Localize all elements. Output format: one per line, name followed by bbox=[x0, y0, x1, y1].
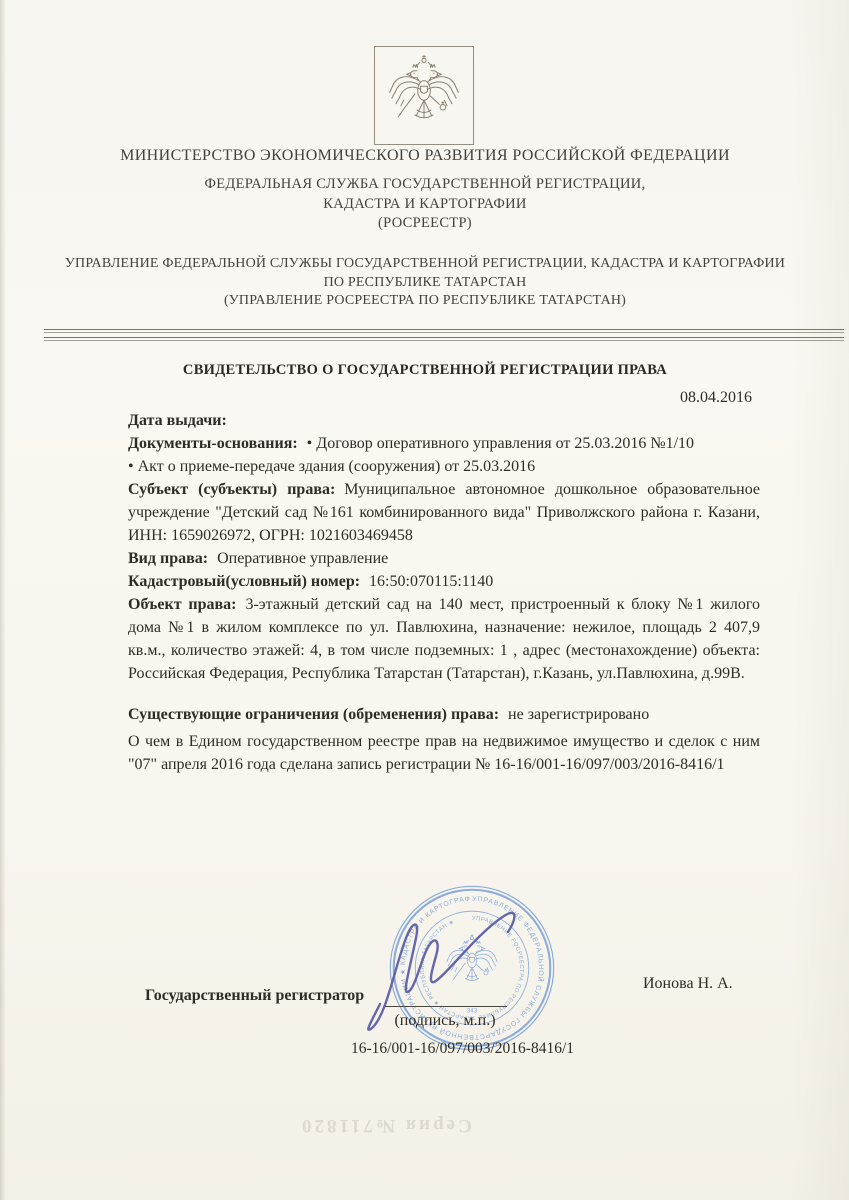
cadastral-field: Кадастровый(условный) номер:16:50:070115… bbox=[128, 570, 760, 593]
signature-line bbox=[385, 1006, 507, 1007]
service-name-line3: (РОСРЕЕСТР) bbox=[20, 215, 830, 232]
issue-date-label: Дата выдачи: bbox=[128, 412, 227, 429]
issue-date: 08.04.2016 bbox=[128, 386, 760, 409]
right-type-label: Вид права: bbox=[128, 550, 208, 567]
cadastral-label: Кадастровый(условный) номер: bbox=[128, 573, 360, 590]
service-name-line2: КАДАСТРА И КАРТОГРАФИИ bbox=[20, 196, 830, 213]
certificate-title: СВИДЕТЕЛЬСТВО О ГОСУДАРСТВЕННОЙ РЕГИСТРА… bbox=[20, 362, 830, 379]
documents-value: • Договор оперативного управления от 25.… bbox=[307, 435, 694, 452]
cadastral-value: 16:50:070115:1140 bbox=[369, 573, 493, 590]
divider-rule-bottom bbox=[44, 337, 844, 341]
coat-of-arms-box bbox=[374, 46, 474, 145]
double-headed-eagle-icon bbox=[382, 51, 466, 141]
registry-note: О чем в Едином государственном реестре п… bbox=[128, 730, 760, 776]
registration-number: 16-16/001-16/097/003/2016-8416/1 bbox=[340, 1040, 585, 1058]
documents-line2: • Акт о приеме-передаче здания (сооружен… bbox=[128, 455, 760, 478]
divider-rule-top bbox=[44, 329, 844, 333]
office-name-line2: ПО РЕСПУБЛИКЕ ТАТАРСТАН bbox=[20, 275, 830, 291]
subject-field: Субъект (субъекты) права:Муниципальное а… bbox=[128, 478, 760, 547]
service-name-line1: ФЕДЕРАЛЬНАЯ СЛУЖБА ГОСУДАРСТВЕННОЙ РЕГИС… bbox=[20, 176, 830, 193]
issue-date-field: Дата выдачи: bbox=[128, 409, 760, 432]
office-name-line3: (УПРАВЛЕНИЕ РОСРЕЕСТРА ПО РЕСПУБЛИКЕ ТАТ… bbox=[20, 293, 830, 309]
restrictions-value: не зарегистрировано bbox=[508, 706, 649, 723]
right-type-value: Оперативное управление bbox=[217, 550, 388, 567]
restrictions-field: Существующие ограничения (обременения) п… bbox=[128, 703, 760, 726]
documents-label: Документы-основания: bbox=[128, 435, 298, 452]
series-watermark: Серия №711820 bbox=[278, 1114, 493, 1136]
certificate-page: МИНИСТЕРСТВО ЭКОНОМИЧЕСКОГО РАЗВИТИЯ РОС… bbox=[0, 0, 849, 1200]
ministry-name: МИНИСТЕРСТВО ЭКОНОМИЧЕСКОГО РАЗВИТИЯ РОС… bbox=[20, 147, 830, 165]
office-name-line1: УПРАВЛЕНИЕ ФЕДЕРАЛЬНОЙ СЛУЖБЫ ГОСУДАРСТВ… bbox=[10, 256, 840, 272]
restrictions-label: Существующие ограничения (обременения) п… bbox=[128, 706, 499, 723]
documents-field: Документы-основания:• Договор оперативно… bbox=[128, 432, 760, 455]
object-field: Объект права:3-этажный детский сад на 14… bbox=[128, 593, 760, 685]
certificate-body: 08.04.2016 Дата выдачи: Документы-основа… bbox=[128, 386, 760, 776]
right-type-field: Вид права:Оперативное управление bbox=[128, 547, 760, 570]
signature-caption: (подпись, м.п.) bbox=[378, 1012, 512, 1030]
registrar-label: Государственный регистратор bbox=[145, 987, 364, 1005]
subject-label: Субъект (субъекты) права: bbox=[128, 481, 335, 498]
registrar-name: Ионова Н. А. bbox=[643, 975, 733, 993]
object-label: Объект права: bbox=[128, 596, 236, 613]
